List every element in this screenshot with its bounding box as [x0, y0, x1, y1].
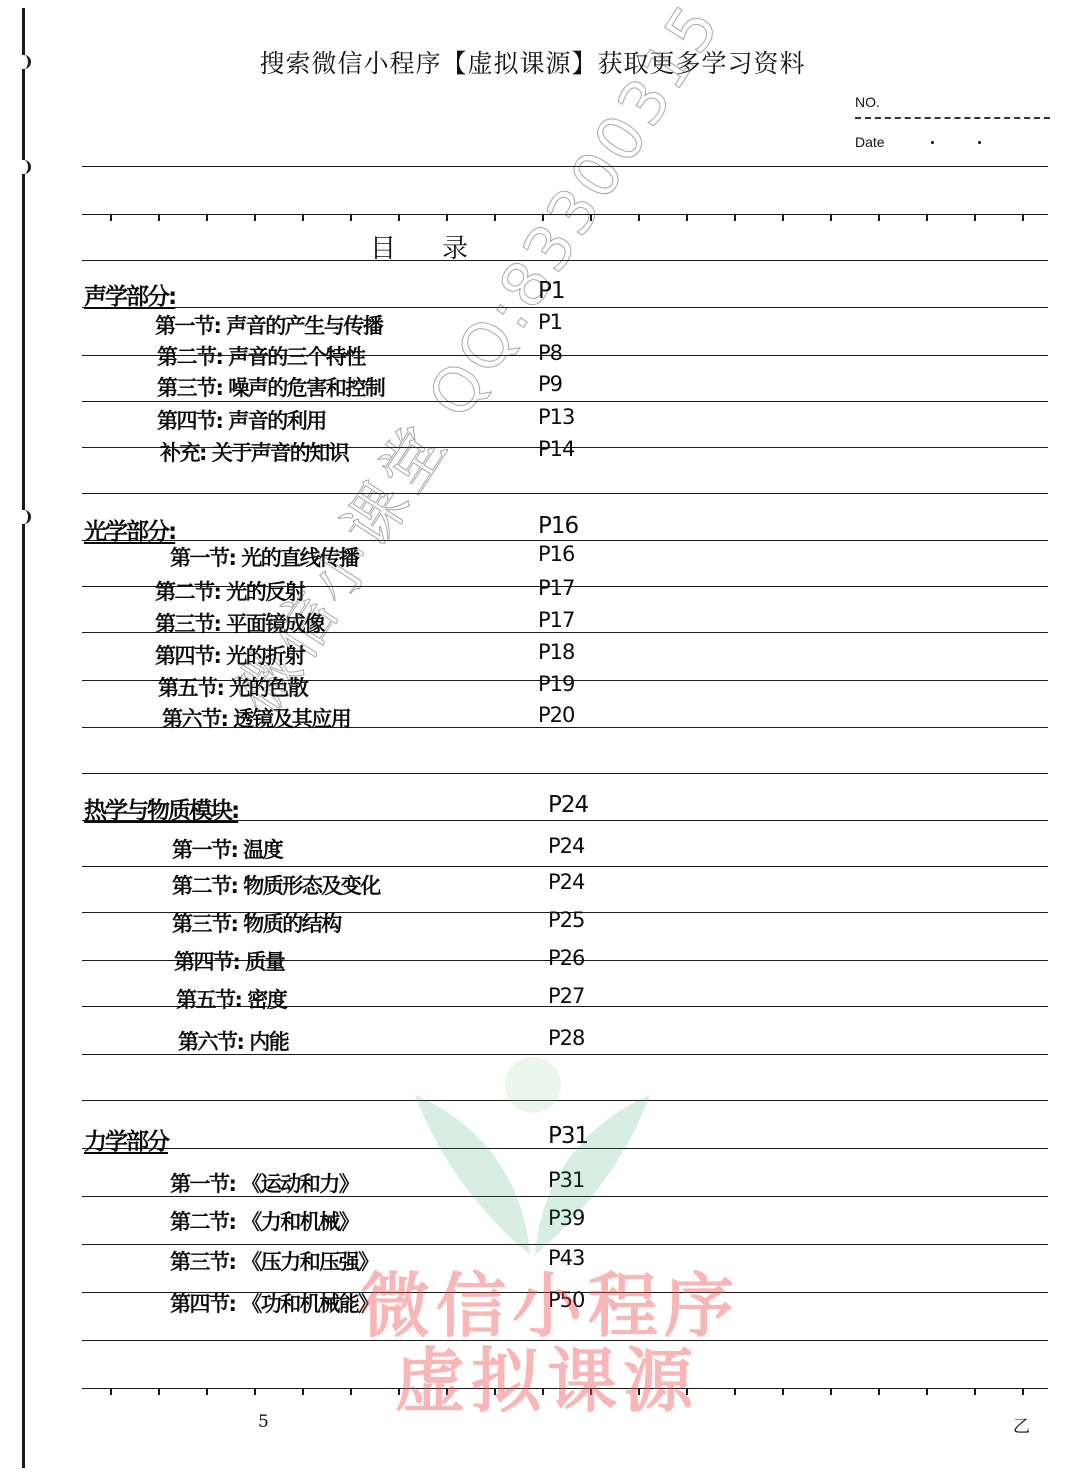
no-field-line — [855, 117, 1050, 119]
ruler-tick — [974, 215, 976, 221]
toc-entry: 第一节: 温度 — [172, 834, 282, 864]
ruler-tick — [446, 215, 448, 221]
ruler-tick — [974, 1389, 976, 1395]
toc-entry-page: P17 — [538, 576, 574, 600]
toc-entry: 第三节: 噪声的危害和控制 — [157, 372, 384, 402]
toc-entry-page: P9 — [538, 372, 562, 396]
toc-entry: 第二节: 物质形态及变化 — [172, 870, 380, 900]
section-page-number: P24 — [548, 792, 588, 818]
toc-entry: 第四节: 质量 — [174, 946, 284, 976]
ruler-tick — [254, 1389, 256, 1395]
ruler-tick — [830, 215, 832, 221]
toc-entry: 第三节: 物质的结构 — [172, 908, 341, 938]
ruler-tick — [926, 215, 928, 221]
section-page-number: P16 — [538, 513, 578, 539]
footer-left-mark: 5 — [258, 1412, 269, 1432]
ruled-line — [82, 493, 1048, 494]
ruler-tick — [350, 215, 352, 221]
toc-entry: 补充: 关于声音的知识 — [160, 437, 348, 467]
toc-entry-page: P25 — [548, 908, 584, 932]
toc-entry: 第二节: 声音的三个特性 — [157, 341, 365, 371]
ruler-tick — [926, 1389, 928, 1395]
toc-entry: 第四节: 《功和机械能》 — [170, 1288, 378, 1318]
promo-banner: 搜索微信小程序【虚拟课源】获取更多学习资料 — [0, 44, 1065, 80]
ruler-tick — [494, 215, 496, 221]
toc-entry-page: P16 — [538, 542, 574, 566]
toc-entry: 第三节: 《压力和压强》 — [170, 1246, 378, 1276]
section-title: 力学部分 — [84, 1123, 168, 1156]
section-title: 声学部分: — [84, 278, 175, 311]
footer-right-mark: 乙 — [1013, 1412, 1030, 1437]
ruler-tick — [734, 1389, 736, 1395]
toc-entry-page: P20 — [538, 703, 574, 727]
ruler-tick — [110, 215, 112, 221]
ruler-tick — [638, 215, 640, 221]
ruler-tick — [398, 215, 400, 221]
date-separator-dot — [978, 141, 981, 144]
ruler-tick — [830, 1389, 832, 1395]
section-title: 光学部分: — [84, 513, 175, 546]
notebook-binding-edge — [22, 8, 25, 1468]
ruled-line — [82, 307, 1048, 308]
ruled-line — [82, 866, 1048, 867]
ruler-tick — [782, 1389, 784, 1395]
toc-entry-page: P14 — [538, 437, 574, 461]
toc-entry-page: P28 — [548, 1026, 584, 1050]
ruler-tick — [110, 1389, 112, 1395]
toc-entry-page: P13 — [538, 405, 574, 429]
toc-entry-page: P8 — [538, 341, 562, 365]
toc-entry-page: P19 — [538, 672, 574, 696]
ruler-tick — [302, 1389, 304, 1395]
binding-notch — [18, 510, 31, 524]
ruler-tick — [1022, 215, 1024, 221]
leaf-logo-watermark-icon — [405, 1055, 660, 1255]
ruler-tick — [350, 1389, 352, 1395]
toc-entry-page: P24 — [548, 870, 584, 894]
toc-entry: 第二节: 《力和机械》 — [170, 1206, 358, 1236]
ruler-tick — [734, 215, 736, 221]
toc-entry: 第一节: 《运动和力》 — [170, 1168, 358, 1198]
toc-entry: 第五节: 密度 — [176, 984, 286, 1014]
ruler-tick — [206, 215, 208, 221]
ruler-tick — [254, 215, 256, 221]
ruler-tick — [206, 1389, 208, 1395]
toc-entry: 第四节: 声音的利用 — [157, 405, 326, 435]
ruler-tick — [782, 215, 784, 221]
ruler-tick — [878, 215, 880, 221]
binding-notch — [18, 160, 31, 174]
toc-entry: 第六节: 内能 — [178, 1026, 288, 1056]
ruled-line — [82, 540, 1048, 541]
toc-entry-page: P27 — [548, 984, 584, 1008]
ruler-tick — [158, 1389, 160, 1395]
section-title: 热学与物质模块: — [84, 792, 238, 825]
ruler-tick — [302, 215, 304, 221]
toc-entry-page: P24 — [548, 834, 584, 858]
date-label: Date — [855, 134, 885, 150]
ruler-tick — [686, 215, 688, 221]
red-watermark-line2: 虚拟课源 — [395, 1325, 699, 1426]
ruler-tick — [1022, 1389, 1024, 1395]
toc-entry: 第一节: 声音的产生与传播 — [155, 310, 382, 340]
toc-entry-page: P26 — [548, 946, 584, 970]
ruler-tick — [878, 1389, 880, 1395]
no-label: NO. — [855, 94, 880, 110]
toc-entry-page: P17 — [538, 608, 574, 632]
toc-entry-page: P18 — [538, 640, 574, 664]
ruled-line — [82, 773, 1048, 774]
date-separator-dot — [931, 141, 934, 144]
ruler-tick — [158, 215, 160, 221]
